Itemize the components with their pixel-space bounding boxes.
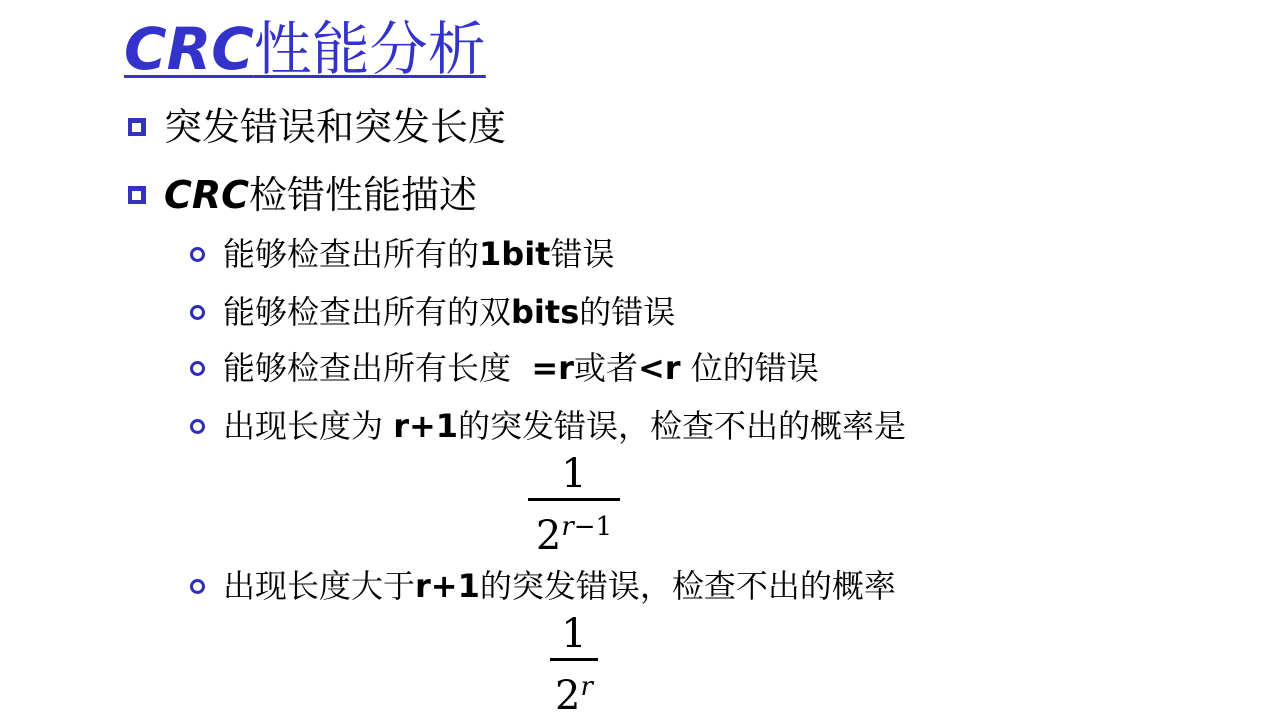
fraction-bar xyxy=(528,498,620,501)
formula-base: 2 xyxy=(555,673,580,719)
circle-bullet-icon xyxy=(190,579,205,594)
circle-bullet-icon xyxy=(190,247,205,262)
formula-exponent-var: r xyxy=(581,672,593,702)
sub-bullet-post: 位的错误 xyxy=(681,346,819,390)
sub-bullet-post: 的突发错误，检查不出的概率 xyxy=(480,564,896,608)
sub-bullet-burst-r-plus-1: 出现长度为 r+1的突发错误，检查不出的概率是 xyxy=(190,404,906,448)
sub-bullet-post: 的突发错误，检查不出的概率是 xyxy=(458,404,906,448)
sub-bullet-bold: =r xyxy=(531,346,574,390)
sub-bullet-pre: 能够检查出所有长度 xyxy=(223,346,531,390)
sub-bullet-bold: bits xyxy=(511,290,579,334)
sub-bullet-pre: 能够检查出所有的双 xyxy=(223,290,511,334)
formula-numerator: 1 xyxy=(561,452,586,496)
circle-bullet-icon xyxy=(190,419,205,434)
sub-bullet-pre: 出现长度为 xyxy=(223,404,393,448)
title-cjk: 性能分析 xyxy=(254,15,486,83)
sub-bullet-burst-greater-r-plus-1: 出现长度大于r+1的突发错误，检查不出的概率 xyxy=(190,564,896,608)
formula-base: 2 xyxy=(536,513,561,559)
formula-one-over-2-pow-r-minus-1: 1 2r−1 xyxy=(528,452,620,558)
formula-exponent-rest: −1 xyxy=(574,512,612,542)
sub-bullet-1bit: 能够检查出所有的1bit错误 xyxy=(190,232,614,276)
sub-bullet-bold: r+1 xyxy=(393,404,458,448)
fraction-bar xyxy=(550,658,598,661)
circle-bullet-icon xyxy=(190,305,205,320)
sub-bullet-double-bits: 能够检查出所有的双bits的错误 xyxy=(190,290,675,334)
formula-exponent-var: r xyxy=(561,512,573,542)
formula-numerator: 1 xyxy=(561,612,586,656)
sub-bullet-bold2: <r xyxy=(638,346,681,390)
title-latin: CRC xyxy=(124,15,254,83)
bullet-burst-errors: 突发错误和突发长度 xyxy=(128,102,506,152)
bullet-latin: CRC xyxy=(164,170,249,220)
bullet-crc-performance: CRC检错性能描述 xyxy=(128,170,477,220)
sub-bullet-bold: 1bit xyxy=(479,232,550,276)
bullet-text: 突发错误和突发长度 xyxy=(164,102,506,152)
bullet-text: 检错性能描述 xyxy=(249,170,477,220)
formula-denominator: 2r−1 xyxy=(536,505,612,558)
sub-bullet-mid: 或者 xyxy=(574,346,638,390)
formula-one-over-2-pow-r: 1 2r xyxy=(550,612,598,718)
formula-denominator: 2r xyxy=(555,665,593,718)
sub-bullet-pre: 出现长度大于 xyxy=(223,564,415,608)
sub-bullet-length-r: 能够检查出所有长度 =r或者<r 位的错误 xyxy=(190,346,819,390)
sub-bullet-bold: r+1 xyxy=(415,564,480,608)
sub-bullet-post: 错误 xyxy=(550,232,614,276)
circle-bullet-icon xyxy=(190,361,205,376)
sub-bullet-pre: 能够检查出所有的 xyxy=(223,232,479,276)
square-bullet-icon xyxy=(128,186,146,204)
sub-bullet-post: 的错误 xyxy=(579,290,675,334)
slide-title: CRC性能分析 xyxy=(124,14,486,84)
square-bullet-icon xyxy=(128,118,146,136)
